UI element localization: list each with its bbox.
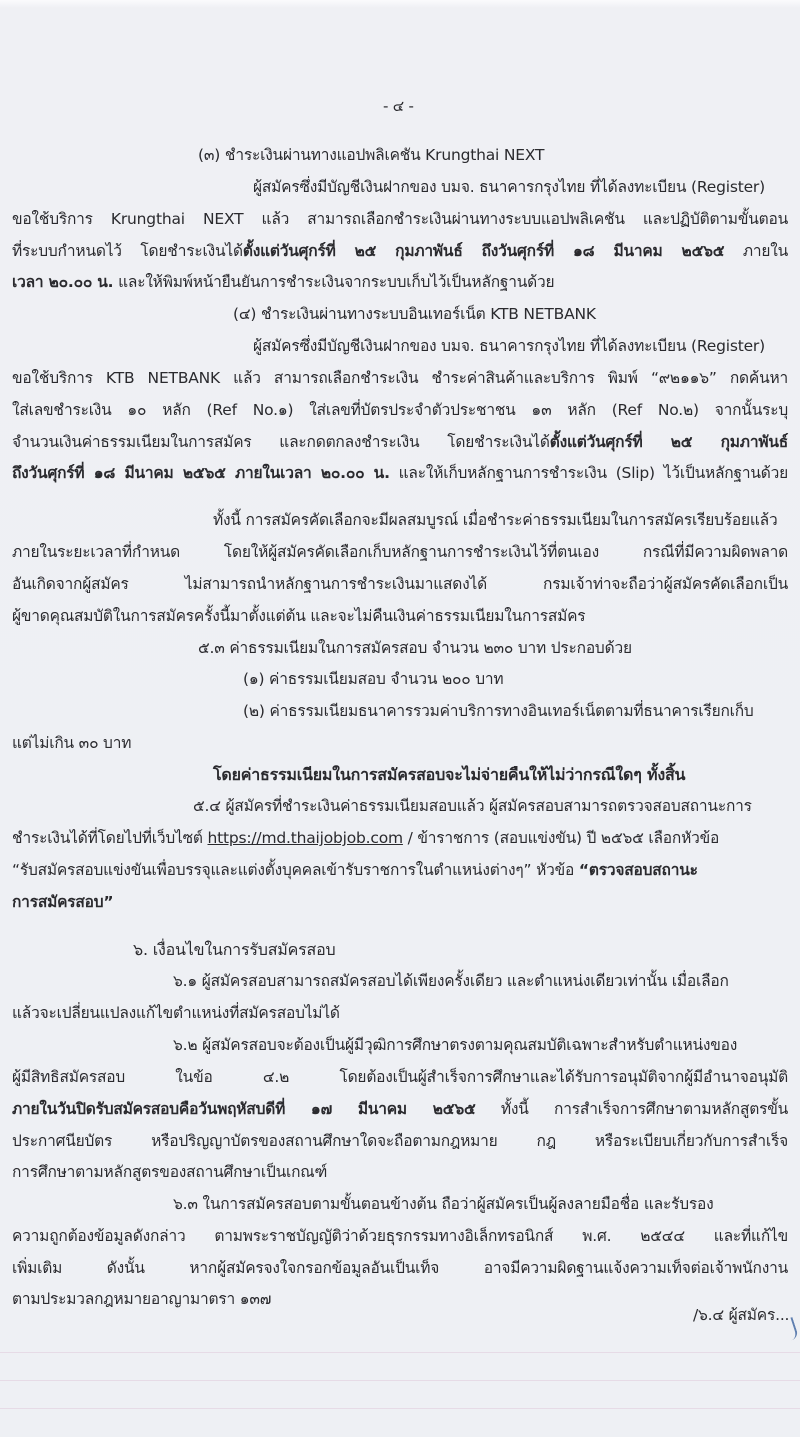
section-3-line-2: ขอใช้บริการ Krungthai NEXT แล้ว สามารถเล…	[12, 209, 788, 229]
section-3-line-4: เวลา ๒๐.๐๐ น. และให้พิมพ์หน้ายืนยันการชำ…	[12, 272, 554, 292]
section-4-line-4: จำนวนเงินค่าธรรมเนียมในการสมัคร และกดตกล…	[12, 432, 788, 452]
scan-line	[0, 1380, 800, 1381]
rule-6-2-line-5: การศึกษาตามหลักสูตรของสถานศึกษาเป็นเกณฑ์	[12, 1162, 327, 1182]
section-4-line-3: ใส่เลขชำระเงิน ๑๐ หลัก (Ref No.๑) ใส่เลข…	[12, 400, 788, 420]
rule-6-3-line-2: ความถูกต้องข้อมูลดังกล่าว ตามพระราชบัญญั…	[12, 1226, 788, 1246]
check-status-line-1: ๕.๔ ผู้สมัครที่ชำระเงินค่าธรรมเนียมสอบแล…	[193, 796, 752, 816]
section-3-line-1: ผู้สมัครซึ่งมีบัญชีเงินฝากของ บมจ. ธนาคา…	[253, 177, 765, 197]
rule-6-2-line-2: ผู้มีสิทธิสมัครสอบ ในข้อ ๔.๒ โดยต้องเป็น…	[12, 1067, 788, 1087]
website-link[interactable]: https://md.thaijobjob.com	[208, 829, 403, 847]
check-status-line-3: “รับสมัครสอบแข่งขันเพื่อบรรจุและแต่งตั้ง…	[12, 860, 698, 880]
fee-item-1: (๑) ค่าธรรมเนียมสอบ จำนวน ๒๐๐ บาท	[243, 669, 503, 689]
pen-mark	[783, 1317, 799, 1341]
rule-6-3-line-4: ตามประมวลกฎหมายอาญามาตรา ๑๓๗	[12, 1289, 271, 1309]
scan-line	[0, 1352, 800, 1353]
no-refund-notice: โดยค่าธรรมเนียมในการสมัครสอบจะไม่จ่ายคืน…	[213, 765, 685, 785]
closing-date: ภายในวันปิดรับสมัครสอบคือวันพฤหัสบดีที่ …	[12, 1100, 476, 1118]
fee-item-2: (๒) ค่าธรรมเนียมธนาคารรวมค่าบริการทางอิน…	[243, 701, 754, 721]
note-line-3: อันเกิดจากผู้สมัคร ไม่สามารถนำหลักฐานการ…	[12, 574, 788, 594]
payment-end: ถึงวันศุกร์ที่ ๑๘ มีนาคม ๒๕๖๕ ภายในเวลา …	[12, 464, 390, 482]
note-line-4: ผู้ขาดคุณสมบัติในการสมัครครั้งนี้มาตั้งแ…	[12, 606, 585, 626]
check-status-line-2: ชำระเงินได้ที่โดยไปที่เว็บไซต์ https://m…	[12, 828, 719, 848]
rule-6-1-line-2: แล้วจะเปลี่ยนแปลงแก้ไขตำแหน่งที่สมัครสอบ…	[12, 1003, 340, 1023]
rule-6-2-line-1: ๖.๒ ผู้สมัครสอบจะต้องเป็นผู้มีวุฒิการศึก…	[173, 1035, 737, 1055]
section-4-line-2: ขอใช้บริการ KTB NETBANK แล้ว สามารถเลือก…	[12, 368, 788, 388]
rule-6-1-line-1: ๖.๑ ผู้สมัครสอบสามารถสมัครสอบได้เพียงครั…	[173, 971, 729, 991]
section-4-line-5: ถึงวันศุกร์ที่ ๑๘ มีนาคม ๒๕๖๕ ภายในเวลา …	[12, 463, 788, 483]
document-page: - ๔ - (๓) ชำระเงินผ่านทางแอปพลิเคชัน Kru…	[0, 0, 800, 1437]
rule-6-2-line-3: ภายในวันปิดรับสมัครสอบคือวันพฤหัสบดีที่ …	[12, 1099, 788, 1119]
payment-start: ตั้งแต่วันศุกร์ที่ ๒๕ กุมภาพันธ์	[550, 433, 788, 451]
section-6-heading: ๖. เงื่อนไขในการรับสมัครสอบ	[133, 940, 335, 960]
payment-period: ตั้งแต่วันศุกร์ที่ ๒๕ กุมภาพันธ์ ถึงวันศ…	[243, 242, 724, 260]
rule-6-3-line-3: เพิ่มเติม ดังนั้น หากผู้สมัครจงใจกรอกข้อ…	[12, 1258, 788, 1278]
section-4-line-1: ผู้สมัครซึ่งมีบัญชีเงินฝากของ บมจ. ธนาคา…	[253, 336, 765, 356]
note-line-1: ทั้งนี้ การสมัครคัดเลือกจะมีผลสมบูรณ์ เม…	[213, 510, 788, 530]
fee-heading: ๕.๓ ค่าธรรมเนียมในการสมัครสอบ จำนวน ๒๓๐ …	[198, 638, 632, 658]
check-status-line-4: การสมัครสอบ”	[12, 892, 113, 912]
page-number: - ๔ -	[383, 96, 414, 116]
section-3-line-3: ที่ระบบกำหนดไว้ โดยชำระเงินได้ตั้งแต่วัน…	[12, 241, 788, 261]
section-4-heading: (๔) ชำระเงินผ่านทางระบบอินเทอร์เน็ต KTB …	[233, 304, 596, 324]
fee-item-2-cont: แต่ไม่เกิน ๓๐ บาท	[12, 733, 131, 753]
note-line-2: ภายในระยะเวลาที่กำหนด โดยให้ผู้สมัครคัดเ…	[12, 542, 788, 562]
rule-6-2-line-4: ประกาศนียบัตร หรือปริญญาบัตรของสถานศึกษา…	[12, 1131, 788, 1151]
section-3-heading: (๓) ชำระเงินผ่านทางแอปพลิเคชัน Krungthai…	[198, 145, 544, 165]
deadline-time: เวลา ๒๐.๐๐ น.	[12, 273, 113, 291]
rule-6-3-line-1: ๖.๓ ในการสมัครสอบตามขั้นตอนข้างต้น ถือว่…	[173, 1194, 713, 1214]
continuation-marker: /๖.๔ ผู้สมัคร...	[693, 1305, 789, 1325]
scan-line	[0, 1408, 800, 1409]
